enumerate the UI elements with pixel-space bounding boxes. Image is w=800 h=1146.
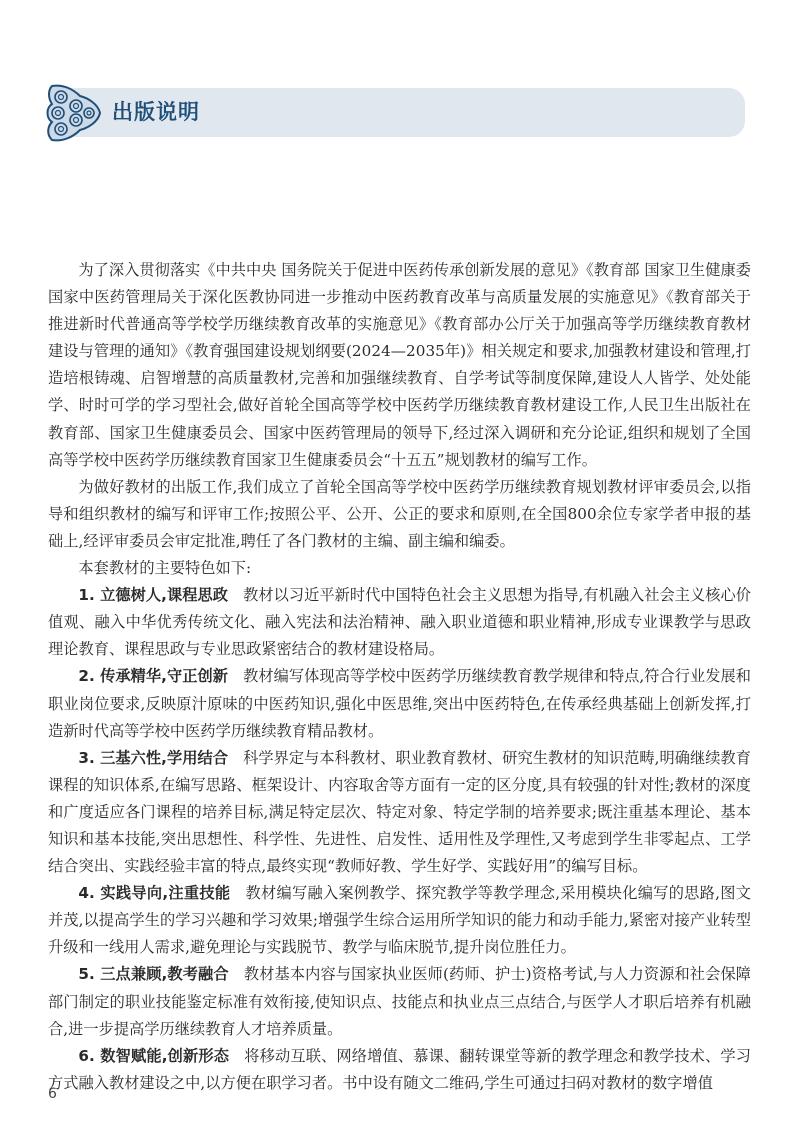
feature-heading: 5. 三点兼顾,教考融合 (78, 965, 228, 983)
feature-item-4: 4. 实践导向,注重技能教材编写融入案例教学、探究教学等教学理念,采用模块化编写… (48, 880, 751, 961)
paragraph-text: 本套教材的主要特色如下: (78, 559, 251, 577)
page-title: 出版说明 (112, 97, 200, 127)
feature-heading: 6. 数智赋能,创新形态 (78, 1047, 229, 1065)
paragraph-features-intro: 本套教材的主要特色如下: (48, 555, 751, 582)
feature-heading: 1. 立德树人,课程思政 (78, 586, 228, 604)
feature-item-5: 5. 三点兼顾,教考融合教材基本内容与国家执业医师(药师、护士)资格考试,与人力… (48, 961, 751, 1042)
feature-item-3: 3. 三基六性,学用结合科学界定与本科教材、职业教育教材、研究生教材的知识范畴,… (48, 745, 751, 880)
feature-item-2: 2. 传承精华,守正创新教材编写体现高等学校中医药学历继续教育教学规律和特点,符… (48, 663, 751, 744)
feature-item-6: 6. 数智赋能,创新形态将移动互联、网络增值、慕课、翻转课堂等新的教学理念和教学… (48, 1043, 751, 1097)
paragraph-intro: 为了深入贯彻落实《中共中央 国务院关于促进中医药传承创新发展的意见》《教育部 国… (48, 257, 751, 474)
page-number: 6 (48, 1086, 57, 1102)
cloud-ornament-icon (44, 82, 104, 144)
feature-heading: 2. 传承精华,守正创新 (78, 667, 228, 685)
feature-text: 科学界定与本科教材、职业教育教材、研究生教材的知识范畴,明确继续教育课程的知识体… (48, 749, 751, 875)
paragraph-text: 为了深入贯彻落实《中共中央 国务院关于促进中医药传承创新发展的意见》《教育部 国… (48, 261, 751, 469)
paragraph-text: 为做好教材的出版工作,我们成立了首轮全国高等学校中医药学历继续教育规划教材评审委… (48, 478, 751, 550)
document-body: 为了深入贯彻落实《中共中央 国务院关于促进中医药传承创新发展的意见》《教育部 国… (48, 257, 751, 1097)
feature-heading: 4. 实践导向,注重技能 (78, 884, 230, 902)
paragraph-committee: 为做好教材的出版工作,我们成立了首轮全国高等学校中医药学历继续教育规划教材评审委… (48, 474, 751, 555)
feature-heading: 3. 三基六性,学用结合 (78, 749, 228, 767)
feature-item-1: 1. 立德树人,课程思政教材以习近平新时代中国特色社会主义思想为指导,有机融入社… (48, 582, 751, 663)
